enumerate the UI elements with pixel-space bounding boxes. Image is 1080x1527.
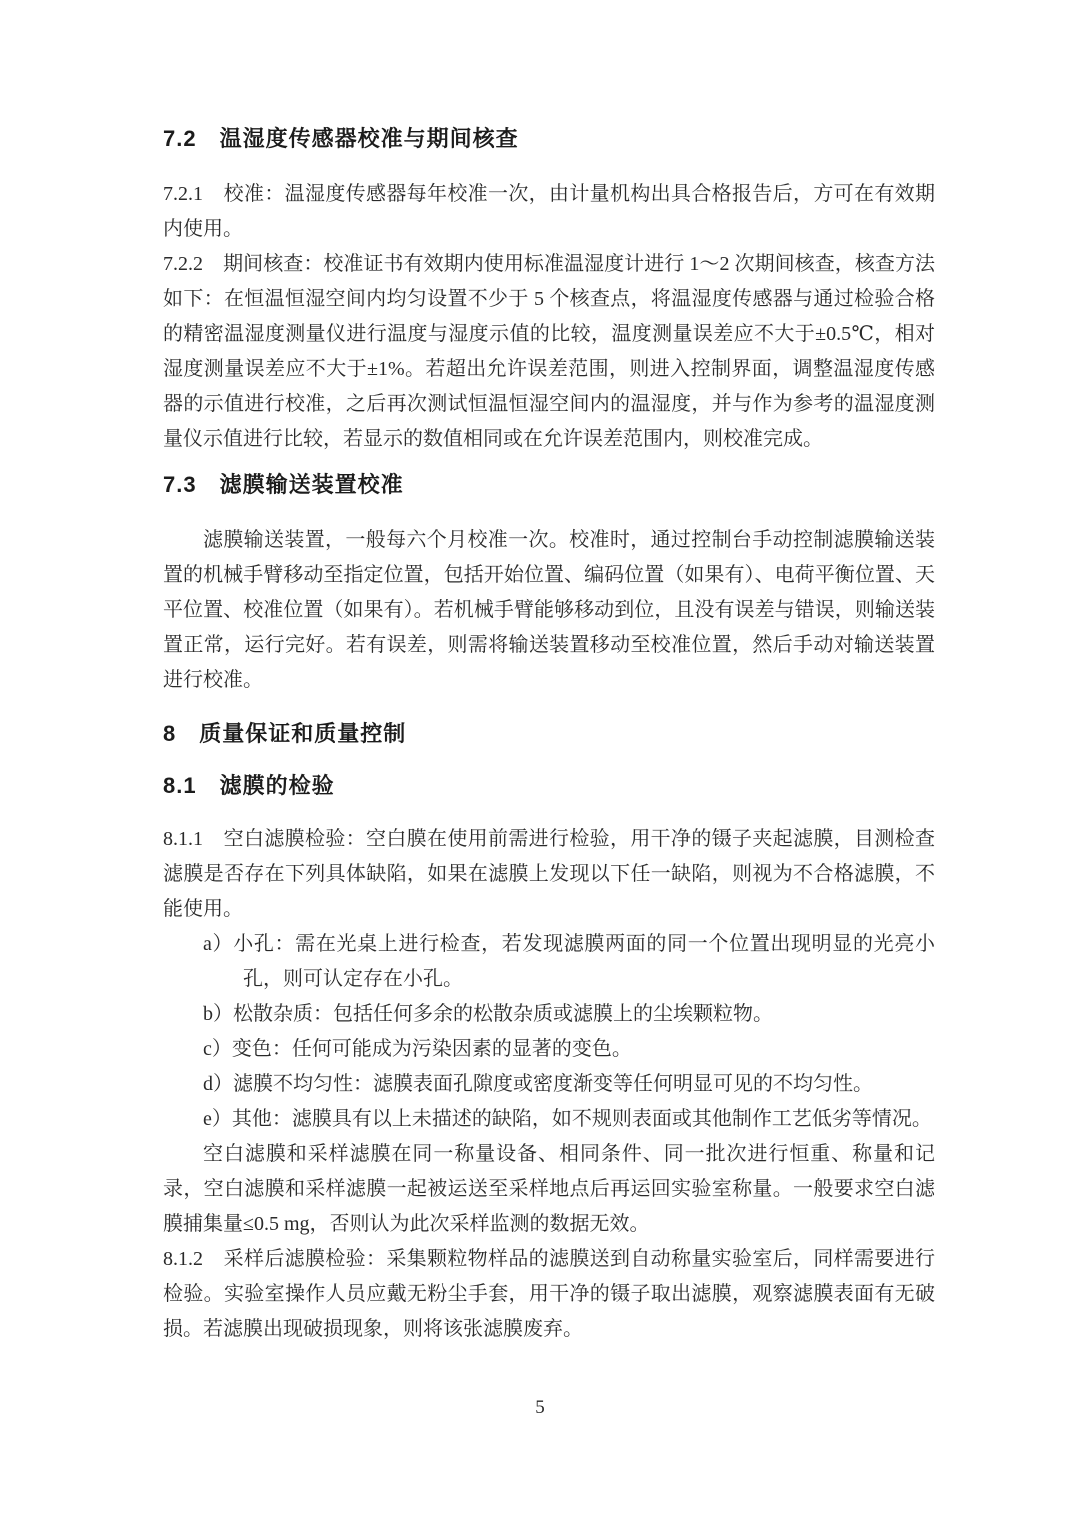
document-content: 7.2 温湿度传感器校准与期间核查 7.2.1 校准：温湿度传感器每年校准一次，… — [163, 125, 935, 1347]
paragraph-8-1-2: 8.1.2 采样后滤膜检验：采集颗粒物样品的滤膜送到自动称量实验室后，同样需要进… — [163, 1242, 935, 1347]
defect-item-a: a）小孔：需在光桌上进行检查，若发现滤膜两面的同一个位置出现明显的光亮小孔，则可… — [163, 927, 935, 997]
section-heading-7-2: 7.2 温湿度传感器校准与期间核查 — [163, 125, 935, 153]
defect-item-b: b）松散杂质：包括任何多余的松散杂质或滤膜上的尘埃颗粒物。 — [163, 997, 935, 1032]
defect-list: a）小孔：需在光桌上进行检查，若发现滤膜两面的同一个位置出现明显的光亮小孔，则可… — [163, 927, 935, 1137]
defect-item-c: c）变色：任何可能成为污染因素的显著的变色。 — [163, 1032, 935, 1067]
defect-item-e: e）其他：滤膜具有以上未描述的缺陷，如不规则表面或其他制作工艺低劣等情况。 — [163, 1102, 935, 1137]
section-heading-7-3: 7.3 滤膜输送装置校准 — [163, 471, 935, 499]
chapter-heading-8: 8 质量保证和质量控制 — [163, 720, 935, 748]
document-page: 7.2 温湿度传感器校准与期间核查 7.2.1 校准：温湿度传感器每年校准一次，… — [0, 0, 1080, 1527]
section-heading-8-1: 8.1 滤膜的检验 — [163, 772, 935, 800]
paragraph-7-3: 滤膜输送装置，一般每六个月校准一次。校准时，通过控制台手动控制滤膜输送装置的机械… — [163, 523, 935, 698]
paragraph-blank-filter: 空白滤膜和采样滤膜在同一称量设备、相同条件、同一批次进行恒重、称量和记录，空白滤… — [163, 1137, 935, 1242]
paragraph-7-2-1: 7.2.1 校准：温湿度传感器每年校准一次，由计量机构出具合格报告后，方可在有效… — [163, 177, 935, 247]
page-number: 5 — [0, 1397, 1080, 1419]
paragraph-8-1-1: 8.1.1 空白滤膜检验：空白膜在使用前需进行检验，用干净的镊子夹起滤膜，目测检… — [163, 822, 935, 927]
defect-item-d: d）滤膜不均匀性：滤膜表面孔隙度或密度渐变等任何明显可见的不均匀性。 — [163, 1067, 935, 1102]
paragraph-7-2-2: 7.2.2 期间核查：校准证书有效期内使用标准温湿度计进行 1～2 次期间核查，… — [163, 247, 935, 457]
